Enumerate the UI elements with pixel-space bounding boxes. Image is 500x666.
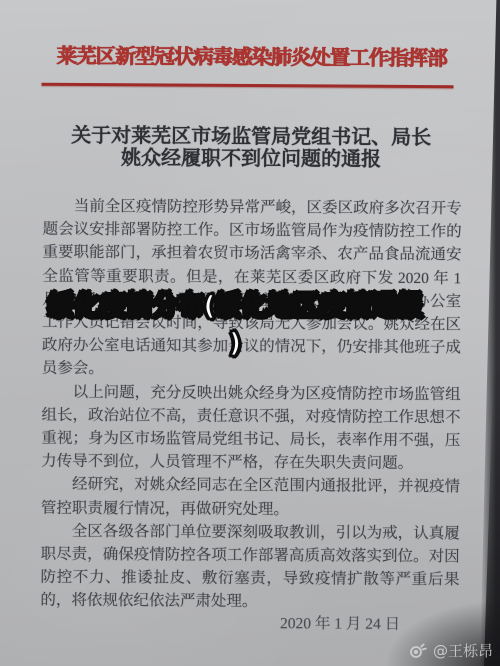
caption-line1: 绥化疫情分布(绥化地区疫情通报 (0, 288, 485, 325)
doc-title-line1: 关于对莱芜区市场监管局党组书记、局长 (21, 125, 481, 150)
doc-date: 2020 年 1 月 24 日 (0, 609, 400, 633)
body-paragraph: 以上问题，充分反映出姚众经身为区疫情防控市场监管组组长，政治站位不高，责任意识不… (41, 380, 461, 475)
caption-overlay: 绥化疫情分布(绥化地区疫情通报 ) (0, 288, 485, 362)
doc-title-line2: 姚众经履职不到位问题的通报 (21, 147, 481, 172)
doc-body: 当前全区疫情防控形势异常严峻，区委区政府多次召开专题会议安排部署防控工作。区市场… (40, 195, 462, 615)
body-paragraph: 全区各级各部门单位要深刻吸取教训，引以为戒，认真履职尽责，确保疫情防控各项工作部… (40, 520, 460, 615)
watermark-handle: @王栎昂 (433, 640, 493, 661)
document-photo: 莱芜区新型冠状病毒感染肺炎处置工作指挥部 关于对莱芜区市场监管局党组书记、局长 … (0, 0, 500, 666)
watermark: @王栎昂 (408, 640, 493, 661)
body-paragraph: 经研究，对姚众经同志在全区范围内通报批评，并视疫情管控职责履行情况，再做研究处理… (41, 473, 460, 522)
header-underline (42, 83, 454, 89)
caption-line2: ) (0, 325, 485, 362)
weibo-icon (408, 642, 428, 659)
header-banner: 莱芜区新型冠状病毒感染肺炎处置工作指挥部 (22, 39, 482, 72)
doc-title: 关于对莱芜区市场监管局党组书记、局长 姚众经履职不到位问题的通报 (21, 125, 481, 172)
